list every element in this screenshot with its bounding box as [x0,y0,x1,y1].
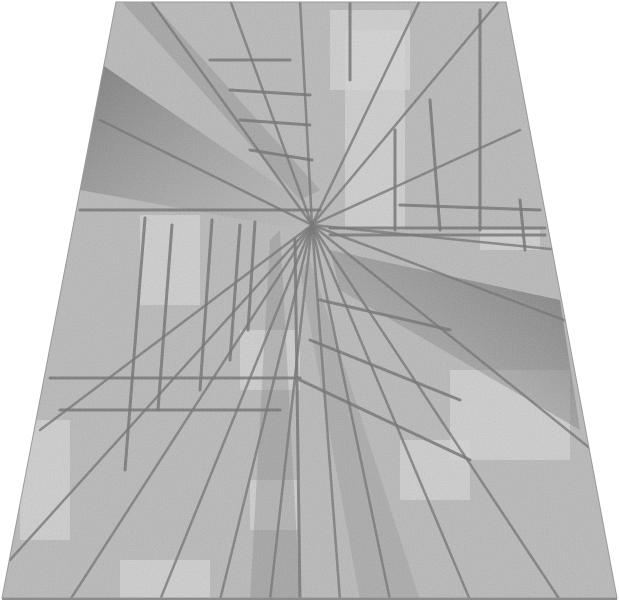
rug-photo [0,0,619,603]
rug [0,0,619,603]
